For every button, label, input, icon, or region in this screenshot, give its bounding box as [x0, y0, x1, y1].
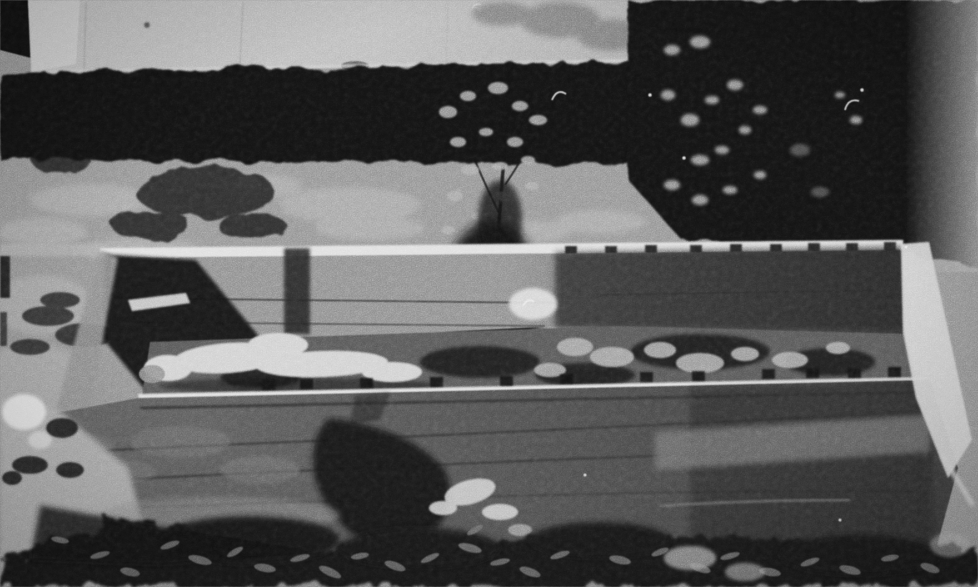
white-blob-small [28, 431, 52, 449]
foliage [628, 0, 978, 272]
back-wall-shadow-right [555, 246, 905, 332]
edge-mark-2 [0, 312, 7, 346]
pale-ground-strip [0, 244, 104, 256]
wall-dark-corner [0, 0, 31, 58]
foliage-right-light-edge [906, 0, 978, 272]
wall-speck [144, 22, 150, 28]
wall-corner-highlight [28, 0, 80, 72]
photo-scene [0, 0, 978, 587]
back-wall-dark-post [284, 248, 310, 334]
front-face-dark-right [690, 380, 936, 556]
edge-mark [0, 256, 10, 298]
photograph [0, 0, 978, 587]
white-blob [2, 394, 46, 430]
bright-blob-inside [509, 288, 557, 320]
shadow-band [0, 60, 654, 164]
remains-dark-knob [139, 365, 165, 383]
